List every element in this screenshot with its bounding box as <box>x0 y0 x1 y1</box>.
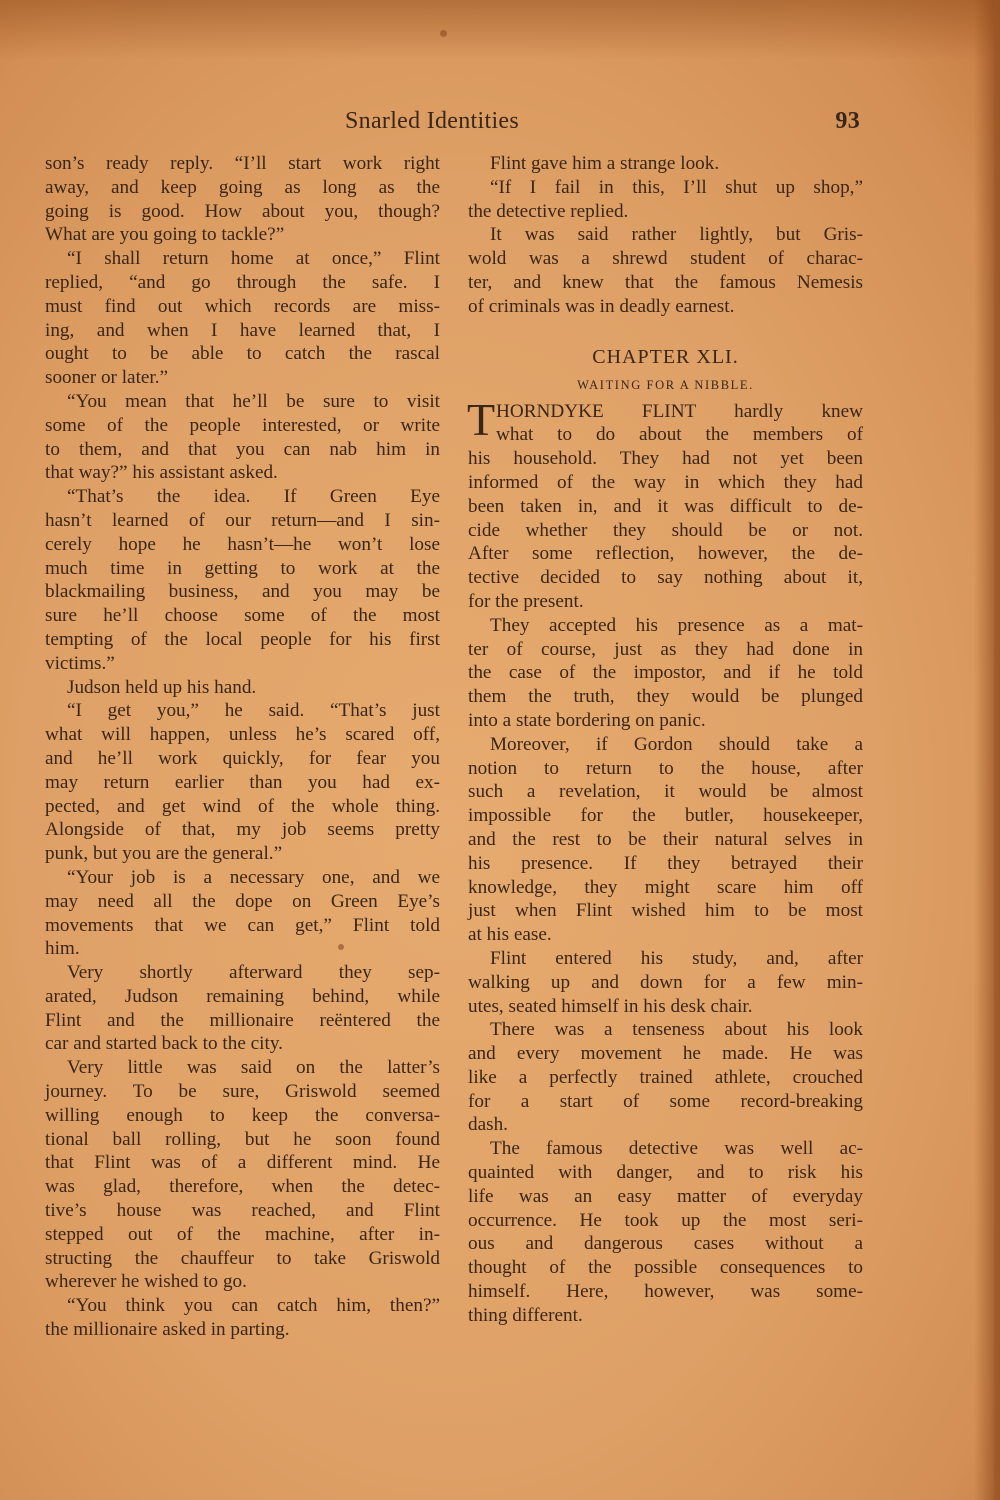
text-line: going is good. How about you, though? <box>45 200 440 224</box>
text-line: just when Flint wished him to be most <box>468 899 863 923</box>
page-top-shadow <box>0 0 1000 60</box>
text-line: ter, and knew that the famous Nemesis <box>468 271 863 295</box>
text-line: replied, “and go through the safe. I <box>45 271 440 295</box>
text-line: sooner or later.” <box>45 366 440 390</box>
text-line: Flint gave him a strange look. <box>468 152 863 176</box>
text-line: him. <box>45 937 440 961</box>
text-line: the millionaire asked in parting. <box>45 1318 440 1342</box>
text-line: After some reflection, however, the de- <box>468 542 863 566</box>
text-line: may return earlier than you had ex- <box>45 771 440 795</box>
text-line: They accepted his presence as a mat- <box>468 614 863 638</box>
text-line: thought of the possible consequences to <box>468 1256 863 1280</box>
text-line: “You mean that he’ll be sure to visit <box>45 390 440 414</box>
text-line: such a revelation, it would be almost <box>468 780 863 804</box>
text-line: the detective replied. <box>468 200 863 224</box>
text-line: must find out which records are miss- <box>45 295 440 319</box>
text-line: life was an easy matter of everyday <box>468 1185 863 1209</box>
text-line: blackmailing business, and you may be <box>45 580 440 604</box>
text-line: them the truth, they would be plunged <box>468 685 863 709</box>
text-line: son’s ready reply. “I’ll start work righ… <box>45 152 440 176</box>
text-line: ing, and when I have learned that, I <box>45 319 440 343</box>
text-line: willing enough to keep the conversa- <box>45 1104 440 1128</box>
text-line: tective decided to say nothing about it, <box>468 566 863 590</box>
left-text-column: son’s ready reply. “I’ll start work righ… <box>45 152 440 1342</box>
running-header: Snarled Identities 93 <box>345 108 860 142</box>
page-binding-edge <box>994 0 1000 1500</box>
text-line: Very shortly afterward they sep- <box>45 961 440 985</box>
paper-speck <box>440 30 447 37</box>
text-line: and he’ll work quickly, for fear you <box>45 747 440 771</box>
text-line: at his ease. <box>468 923 863 947</box>
text-line: arated, Judson remaining behind, while <box>45 985 440 1009</box>
text-line: what will happen, unless he’s scared off… <box>45 723 440 747</box>
text-line: tempting of the local people for his fir… <box>45 628 440 652</box>
text-line: much time in getting to work at the <box>45 557 440 581</box>
text-line: Flint and the millionaire reëntered the <box>45 1009 440 1033</box>
text-line: informed of the way in which they had <box>468 471 863 495</box>
text-line: away, and keep going as long as the <box>45 176 440 200</box>
text-line: to them, and that you can nab him in <box>45 438 440 462</box>
text-line: that way?” his assistant asked. <box>45 461 440 485</box>
text-line: was glad, therefore, when the detec- <box>45 1175 440 1199</box>
chapter-first-line: THORNDYKE FLINT hardly knew <box>468 400 863 424</box>
text-line: for the present. <box>468 590 863 614</box>
text-line: tional ball rolling, but he soon found <box>45 1128 440 1152</box>
text-line: utes, seated himself in his desk chair. <box>468 995 863 1019</box>
text-line: journey. To be sure, Griswold seemed <box>45 1080 440 1104</box>
text-line: Alongside of that, my job seems pretty <box>45 818 440 842</box>
text-line: into a state bordering on panic. <box>468 709 863 733</box>
text-line: notion to return to the house, after <box>468 757 863 781</box>
text-line: The famous detective was well ac- <box>468 1137 863 1161</box>
text-line: “You think you can catch him, then?” <box>45 1294 440 1318</box>
text-line: impossible for the butler, housekeeper, <box>468 804 863 828</box>
text-line: tive’s house was reached, and Flint <box>45 1199 440 1223</box>
text-line: his presence. If they betrayed their <box>468 852 863 876</box>
right-text-column: Flint gave him a strange look.“If I fail… <box>468 152 863 1328</box>
text-line: may need all the dope on Green Eye’s <box>45 890 440 914</box>
text-line: walking up and down for a few min- <box>468 971 863 995</box>
text-line: car and started back to the city. <box>45 1032 440 1056</box>
text-line: thing different. <box>468 1304 863 1328</box>
text-line: the case of the impostor, and if he told <box>468 661 863 685</box>
text-line: Moreover, if Gordon should take a <box>468 733 863 757</box>
text-line: sure he’ll choose some of the most <box>45 604 440 628</box>
text-line: It was said rather lightly, but Gris- <box>468 223 863 247</box>
running-head-title: Snarled Identities <box>345 108 519 135</box>
text-line: occurrence. He took up the most seri- <box>468 1209 863 1233</box>
text-line: his household. They had not yet been <box>468 447 863 471</box>
text-line: “That’s the idea. If Green Eye <box>45 485 440 509</box>
text-line: wherever he wished to go. <box>45 1270 440 1294</box>
text-line: There was a tenseness about his look <box>468 1018 863 1042</box>
text-line: stepped out of the machine, after in- <box>45 1223 440 1247</box>
text-line: ought to be able to catch the rascal <box>45 342 440 366</box>
text-line: structing the chauffeur to take Griswold <box>45 1247 440 1271</box>
chapter-first-line-text: HORNDYKE FLINT hardly knew <box>496 401 863 422</box>
text-line: been taken in, and it was difficult to d… <box>468 495 863 519</box>
text-line: and every movement he made. He was <box>468 1042 863 1066</box>
text-line: “Your job is a necessary one, and we <box>45 866 440 890</box>
text-line: “I shall return home at once,” Flint <box>45 247 440 271</box>
text-line: What are you going to tackle?” <box>45 223 440 247</box>
text-line: “I get you,” he said. “That’s just <box>45 699 440 723</box>
text-line: hasn’t learned of our return—and I sin- <box>45 509 440 533</box>
text-line: like a perfectly trained athlete, crouch… <box>468 1066 863 1090</box>
right-column-body: his household. They had not yet beeninfo… <box>468 447 863 1327</box>
text-line: ter of course, just as they had done in <box>468 638 863 662</box>
text-line: of criminals was in deadly earnest. <box>468 295 863 319</box>
page-number: 93 <box>835 108 860 135</box>
text-line: Judson held up his hand. <box>45 676 440 700</box>
text-line: movements that we can get,” Flint told <box>45 914 440 938</box>
text-line: for a start of some record-breaking <box>468 1090 863 1114</box>
text-line: Flint entered his study, and, after <box>468 947 863 971</box>
text-line: some of the people interested, or write <box>45 414 440 438</box>
chapter-heading: CHAPTER XLI. <box>468 346 863 372</box>
text-line: wold was a shrewd student of charac- <box>468 247 863 271</box>
text-line: cerely hope he hasn’t—he won’t lose <box>45 533 440 557</box>
text-line: and the rest to be their natural selves … <box>468 828 863 852</box>
text-line: cide whether they should be or not. <box>468 519 863 543</box>
chapter-second-line: what to do about the members of <box>468 423 863 447</box>
text-line: quainted with danger, and to risk his <box>468 1161 863 1185</box>
text-line: knowledge, they might scare him off <box>468 876 863 900</box>
text-line: Very little was said on the latter’s <box>45 1056 440 1080</box>
text-line: dash. <box>468 1113 863 1137</box>
text-line: punk, but you are the general.” <box>45 842 440 866</box>
drop-cap: T <box>467 397 495 443</box>
chapter-subtitle: WAITING FOR A NIBBLE. <box>468 374 863 400</box>
text-line: pected, and get wind of the whole thing. <box>45 795 440 819</box>
right-column-continuation: Flint gave him a strange look.“If I fail… <box>468 152 863 319</box>
text-line: “If I fail in this, I’ll shut up shop,” <box>468 176 863 200</box>
text-line: ous and dangerous cases without a <box>468 1232 863 1256</box>
text-line: himself. Here, however, was some- <box>468 1280 863 1304</box>
text-line: that Flint was of a different mind. He <box>45 1151 440 1175</box>
text-line: victims.” <box>45 652 440 676</box>
